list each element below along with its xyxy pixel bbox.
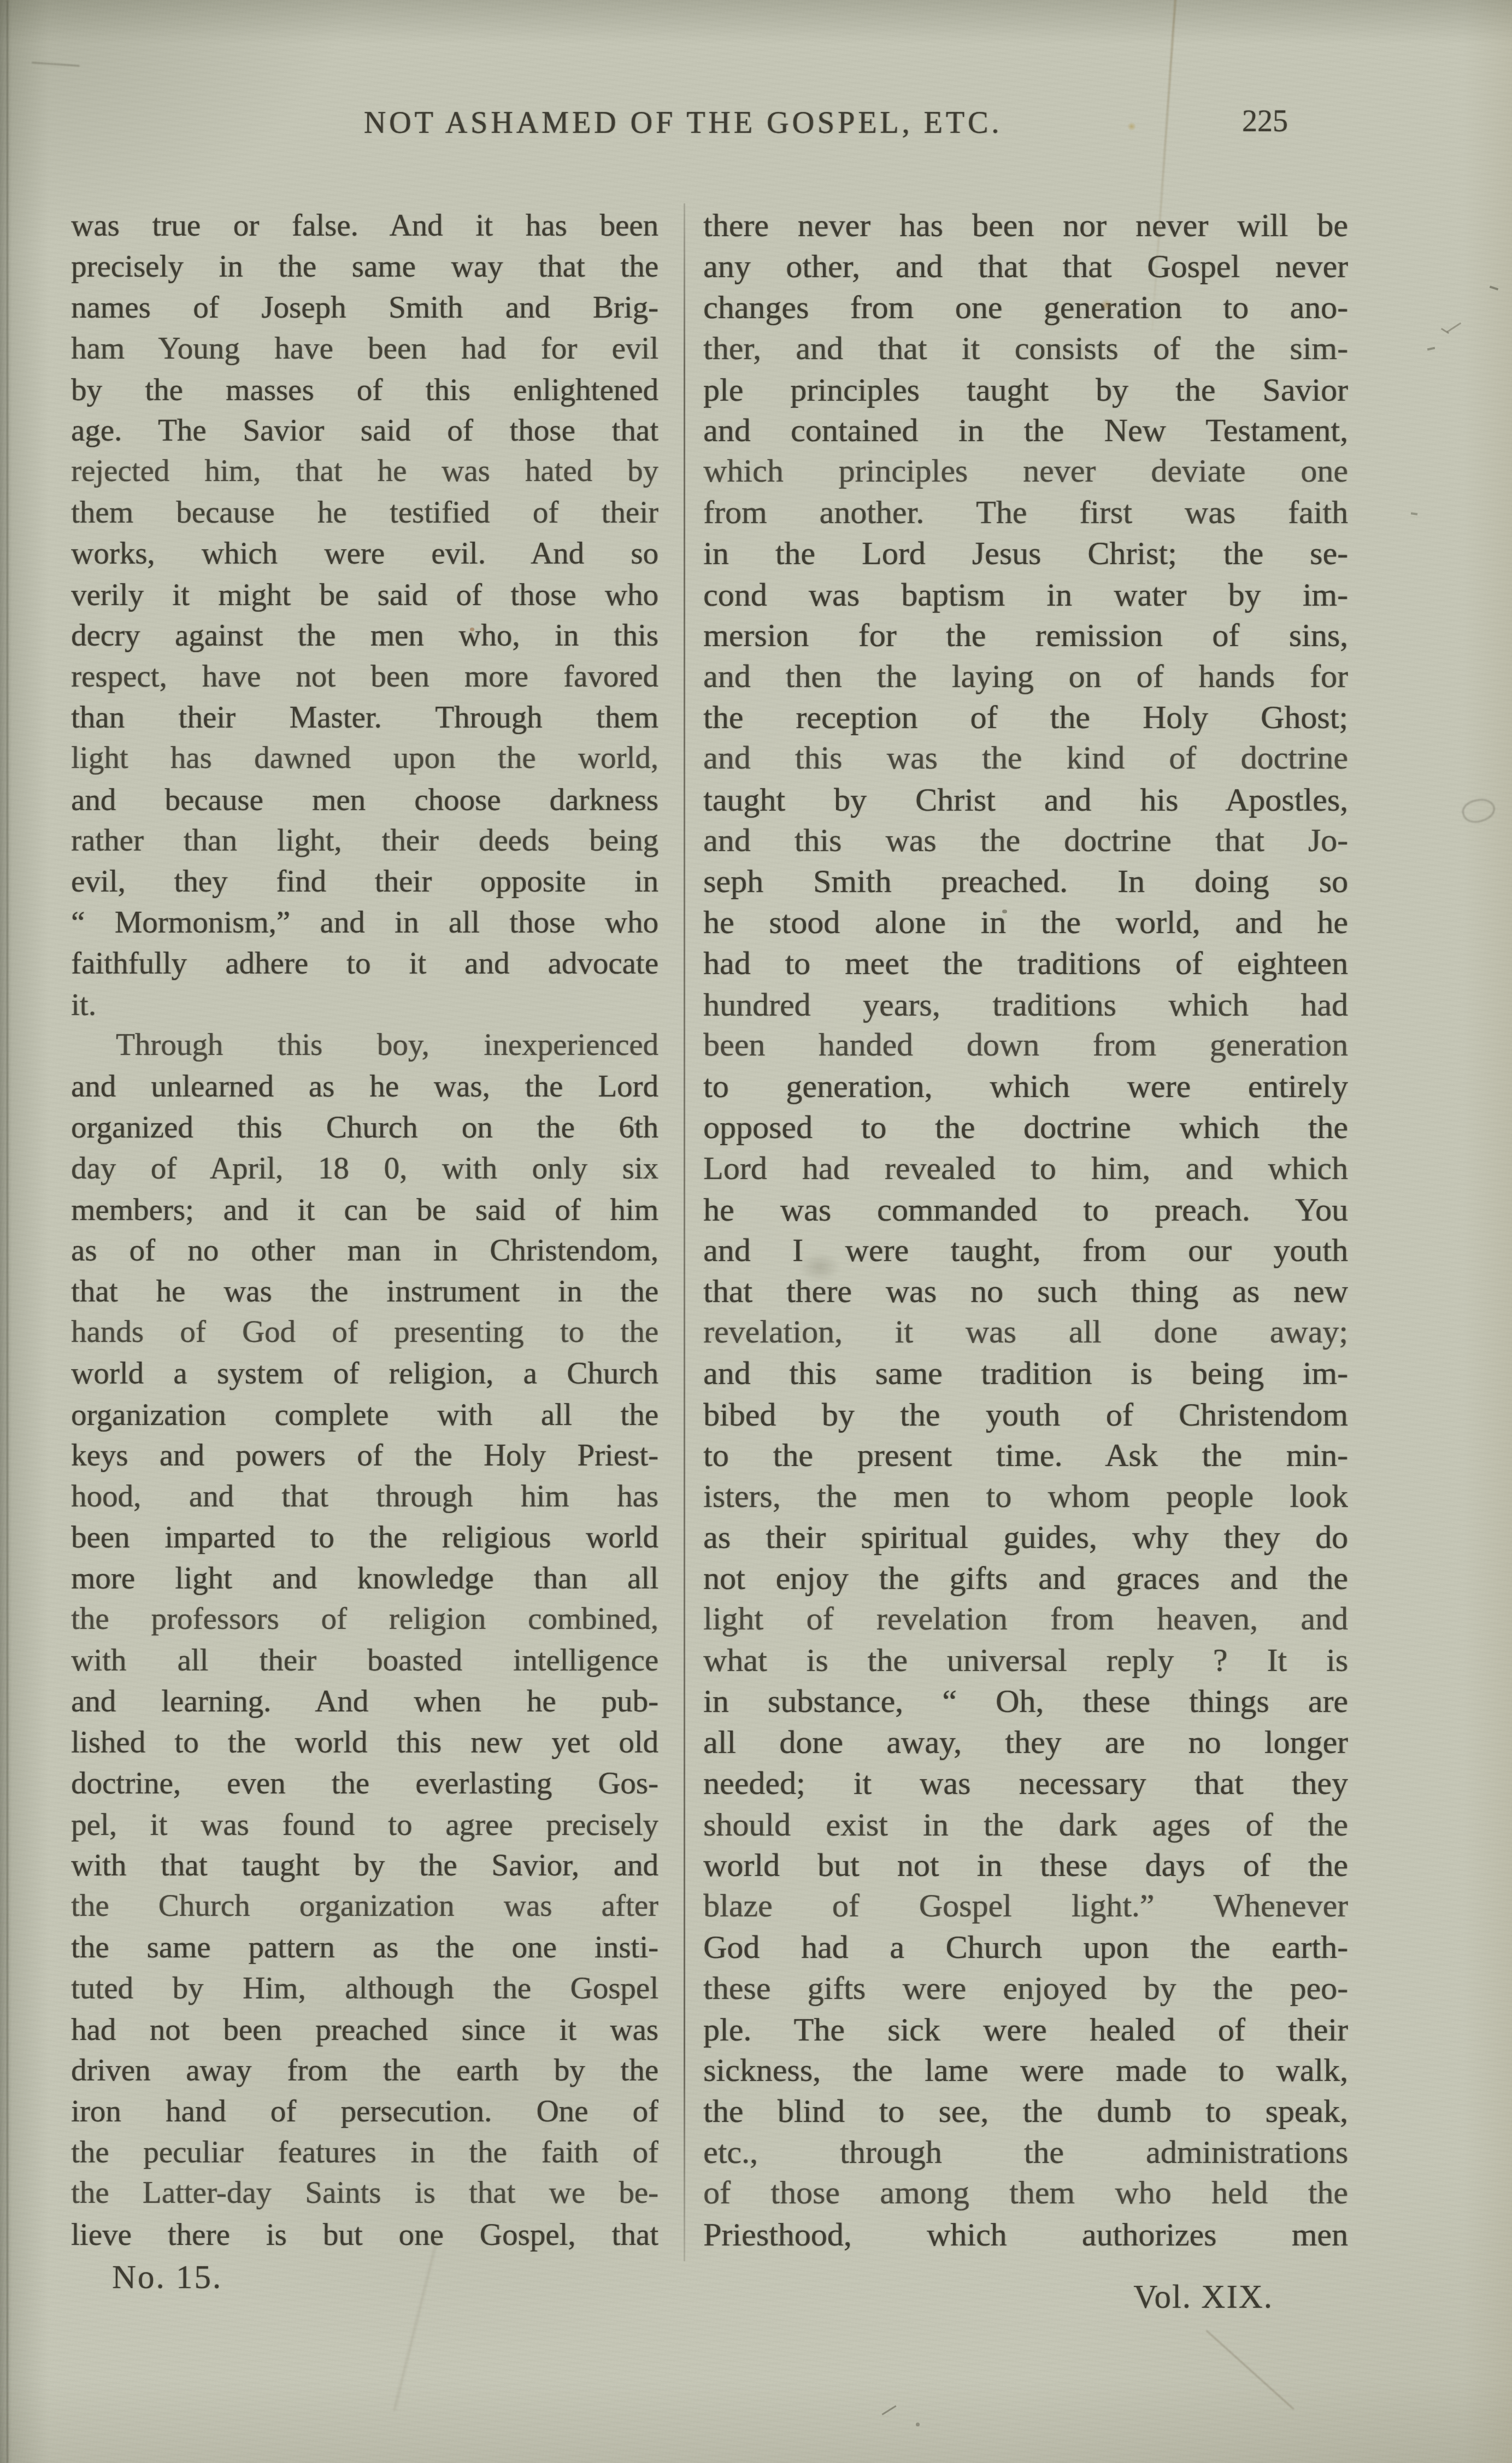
pencil-mark	[32, 62, 80, 67]
text-line: opposed to the doctrine which the	[703, 1107, 1348, 1148]
column-divider-rule	[684, 203, 685, 2261]
pencil-mark	[916, 2423, 920, 2426]
text-line: them because he testified of their	[71, 492, 658, 533]
text-line: sickness, the lame were made to walk,	[703, 2050, 1348, 2091]
text-line: ther, and that it consists of the sim-	[703, 328, 1348, 369]
text-line: which principles never deviate one	[703, 450, 1348, 491]
text-line: hood, and that through him has	[71, 1476, 658, 1517]
text-line: been imparted to the religious world	[71, 1517, 658, 1558]
text-line: as their spiritual guides, why they do	[703, 1517, 1348, 1558]
text-line: by the masses of this enlightened	[71, 370, 658, 410]
text-line: had to meet the traditions of eighteen	[703, 943, 1348, 984]
text-line: cond was baptism in water by im-	[703, 574, 1348, 615]
left-text-column: was true or false. And it has beenprecis…	[71, 205, 658, 2255]
page-edge-shadow	[7, 0, 8, 2463]
text-line: Through this boy, inexperienced	[71, 1024, 658, 1065]
text-line: from another. The first was faith	[703, 492, 1348, 533]
text-line: he stood alone in the world, and he	[703, 902, 1348, 943]
text-line: world but not in these days of the	[703, 1845, 1348, 1886]
text-line: these gifts were enjoyed by the peo-	[703, 1968, 1348, 2009]
text-line: what is the universal reply ? It is	[703, 1640, 1348, 1681]
right-text-column: there never has been nor never will bean…	[703, 205, 1348, 2255]
text-line: had not been preached since it was	[71, 2009, 658, 2050]
text-line: of those among them who held the	[703, 2172, 1348, 2213]
text-line: etc., through the administrations	[703, 2132, 1348, 2173]
text-line: it.	[71, 984, 658, 1025]
text-line: taught by Christ and his Apostles,	[703, 779, 1348, 820]
text-line: as of no other man in Christendom,	[71, 1230, 658, 1271]
text-line: should exist in the dark ages of the	[703, 1804, 1348, 1845]
text-line: God had a Church upon the earth-	[703, 1927, 1348, 1968]
text-line: seph Smith preached. In doing so	[703, 861, 1348, 902]
text-line: isters, the men to whom people look	[703, 1476, 1348, 1517]
paper-speck	[1411, 512, 1417, 515]
text-line: rejected him, that he was hated by	[71, 450, 658, 491]
text-line: keys and powers of the Holy Priest-	[71, 1435, 658, 1476]
text-line: driven away from the earth by the	[71, 2050, 658, 2091]
text-line: iron hand of persecution. One of	[71, 2091, 658, 2132]
text-line: than their Master. Through them	[71, 697, 658, 738]
text-line: members; and it can be said of him	[71, 1189, 658, 1230]
text-line: and this same tradition is being im-	[703, 1353, 1348, 1394]
text-line: rather than light, their deeds being	[71, 820, 658, 861]
text-line: bibed by the youth of Christendom	[703, 1394, 1348, 1435]
text-line: tuted by Him, although the Gospel	[71, 1968, 658, 2009]
text-line: mersion for the remission of sins,	[703, 615, 1348, 656]
text-line: evil, they find their opposite in	[71, 861, 658, 902]
text-line: and unlearned as he was, the Lord	[71, 1066, 658, 1107]
text-line: “ Mormonism,” and in all those who	[71, 902, 658, 943]
text-line: light has dawned upon the world,	[71, 737, 658, 778]
text-line: lieve there is but one Gospel, that	[71, 2214, 658, 2255]
pencil-mark	[1460, 795, 1498, 826]
text-line: doctrine, even the everlasting Gos-	[71, 1763, 658, 1804]
text-line: there never has been nor never will be	[703, 205, 1348, 246]
paper-speck	[1490, 286, 1498, 291]
text-line: the Church organization was after	[71, 1885, 658, 1926]
text-line: world a system of religion, a Church	[71, 1353, 658, 1394]
text-line: age. The Savior said of those that	[71, 410, 658, 451]
text-line: decry against the men who, in this	[71, 615, 658, 656]
text-line: names of Joseph Smith and Brig-	[71, 287, 658, 328]
text-line: to the present time. Ask the min-	[703, 1435, 1348, 1476]
text-line: respect, have not been more favored	[71, 656, 658, 697]
text-line: Lord had revealed to him, and which	[703, 1148, 1348, 1189]
text-line: been handed down from generation	[703, 1024, 1348, 1065]
text-line: in substance, “ Oh, these things are	[703, 1681, 1348, 1722]
text-line: organization complete with all the	[71, 1394, 658, 1435]
text-line: that he was the instrument in the	[71, 1271, 658, 1312]
text-line: any other, and that that Gospel never	[703, 246, 1348, 287]
text-line: and I were taught, from our youth	[703, 1230, 1348, 1271]
text-line: pel, it was found to agree precisely	[71, 1804, 658, 1845]
text-line: Priesthood, which authorizes men	[703, 2214, 1348, 2255]
text-line: that there was no such thing as new	[703, 1271, 1348, 1312]
paper-speck	[1427, 347, 1435, 351]
page-number: 225	[1221, 104, 1309, 139]
text-line: in the Lord Jesus Christ; the se-	[703, 533, 1348, 574]
text-line: works, which were evil. And so	[71, 533, 658, 574]
text-line: lished to the world this new yet old	[71, 1722, 658, 1763]
text-line: and because men choose darkness	[71, 779, 658, 820]
text-line: needed; it was necessary that they	[703, 1763, 1348, 1804]
text-line: with that taught by the Savior, and	[71, 1845, 658, 1886]
text-line: the blind to see, the dumb to speak,	[703, 2091, 1348, 2132]
text-line: ple. The sick were healed of their	[703, 2009, 1348, 2050]
text-line: the Latter-day Saints is that we be-	[71, 2172, 658, 2213]
text-line: with all their boasted intelligence	[71, 1640, 658, 1681]
text-line: the same pattern as the one insti-	[71, 1927, 658, 1968]
scanned-document-page: NOT ASHAMED OF THE GOSPEL, ETC. 225 was …	[0, 0, 1512, 2463]
text-line: and this was the kind of doctrine	[703, 737, 1348, 778]
issue-number: No. 15.	[112, 2259, 222, 2297]
text-line: ple principles taught by the Savior	[703, 370, 1348, 410]
text-line: light of revelation from heaven, and	[703, 1598, 1348, 1639]
text-line: hands of God of presenting to the	[71, 1311, 658, 1352]
text-line: organized this Church on the 6th	[71, 1107, 658, 1148]
text-line: ham Young have been had for evil	[71, 328, 658, 369]
text-line: not enjoy the gifts and graces and the	[703, 1558, 1348, 1599]
text-line: and learning. And when he pub-	[71, 1681, 658, 1722]
running-header-title: NOT ASHAMED OF THE GOSPEL, ETC.	[350, 105, 1016, 140]
text-line: and contained in the New Testament,	[703, 410, 1348, 451]
text-line: he was commanded to preach. You	[703, 1189, 1348, 1230]
text-line: the reception of the Holy Ghost;	[703, 697, 1348, 738]
text-line: blaze of Gospel light.” Whenever	[703, 1885, 1348, 1926]
text-line: verily it might be said of those who	[71, 574, 658, 615]
text-line: revelation, it was all done away;	[703, 1311, 1348, 1352]
volume-number: Vol. XIX.	[1038, 2278, 1273, 2317]
text-line: changes from one generation to ano-	[703, 287, 1348, 328]
text-line: and then the laying on of hands for	[703, 656, 1348, 697]
text-line: precisely in the same way that the	[71, 246, 658, 287]
text-line: hundred years, traditions which had	[703, 984, 1348, 1025]
text-line: faithfully adhere to it and advocate	[71, 943, 658, 984]
stain-spot	[1127, 122, 1137, 131]
paper-crease	[393, 2236, 439, 2411]
text-line: was true or false. And it has been	[71, 205, 658, 246]
text-line: the peculiar features in the faith of	[71, 2132, 658, 2173]
text-line: the professors of religion combined,	[71, 1598, 658, 1639]
pencil-mark	[881, 2405, 896, 2415]
text-line: to generation, which were entirely	[703, 1066, 1348, 1107]
text-line: and this was the doctrine that Jo-	[703, 820, 1348, 861]
text-line: more light and knowledge than all	[71, 1558, 658, 1599]
text-line: day of April, 18 0, with only six	[71, 1148, 658, 1189]
pencil-mark	[1439, 319, 1466, 338]
paper-crease	[1206, 2330, 1295, 2409]
text-line: all done away, they are no longer	[703, 1722, 1348, 1763]
